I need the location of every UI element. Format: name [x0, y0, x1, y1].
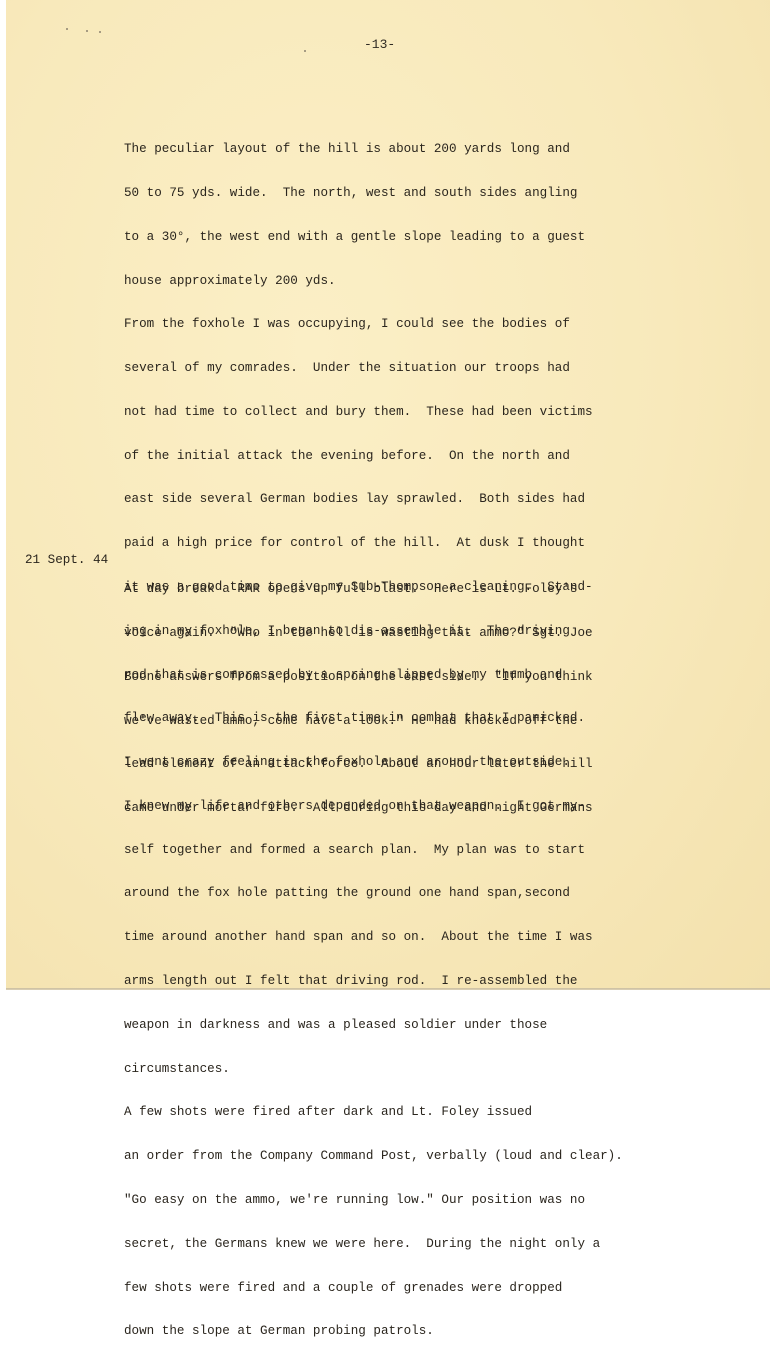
page-number: -13-	[364, 37, 395, 52]
text-line: lead element of an attack force. About a…	[124, 757, 724, 772]
paper-speck	[304, 50, 306, 52]
text-line: self together and formed a search plan. …	[124, 843, 724, 858]
dated-entry-paragraph: At day break a RAR opens up full blast. …	[124, 553, 724, 845]
text-line: paid a high price for control of the hil…	[124, 536, 724, 551]
text-line: of the initial attack the evening before…	[124, 449, 724, 464]
text-line: we've wasted ammo, come have a look." He…	[124, 714, 724, 729]
text-line: The peculiar layout of the hill is about…	[124, 142, 724, 157]
text-line: 50 to 75 yds. wide. The north, west and …	[124, 186, 724, 201]
text-line: east side several German bodies lay spra…	[124, 492, 724, 507]
text-line: came under mortar fire. All during this …	[124, 801, 724, 816]
text-line: to a 30°, the west end with a gentle slo…	[124, 230, 724, 245]
text-line: voice again. "Who in the hell is wasting…	[124, 626, 724, 641]
text-line: not had time to collect and bury them. T…	[124, 405, 724, 420]
paper-speck	[66, 28, 68, 30]
text-line: around the fox hole patting the ground o…	[124, 886, 724, 901]
text-line: several of my comrades. Under the situat…	[124, 361, 724, 376]
stray-pencil-mark: (	[298, 930, 301, 941]
entry-date: 21 Sept. 44	[25, 553, 108, 568]
text-line: Boone answers from a position on the eas…	[124, 670, 724, 685]
paper-speck	[99, 31, 101, 33]
text-line: house approximately 200 yds.	[124, 274, 724, 289]
text-line: At day break a RAR opens up full blast. …	[124, 582, 724, 597]
text-line: From the foxhole I was occupying, I coul…	[124, 317, 724, 332]
text-line: time around another hand span and so on.…	[124, 930, 724, 945]
paper-speck	[86, 30, 88, 32]
typewritten-page: -13- The peculiar layout of the hill is …	[6, 0, 770, 989]
text-line: arms length out I felt that driving rod.…	[124, 974, 724, 989]
